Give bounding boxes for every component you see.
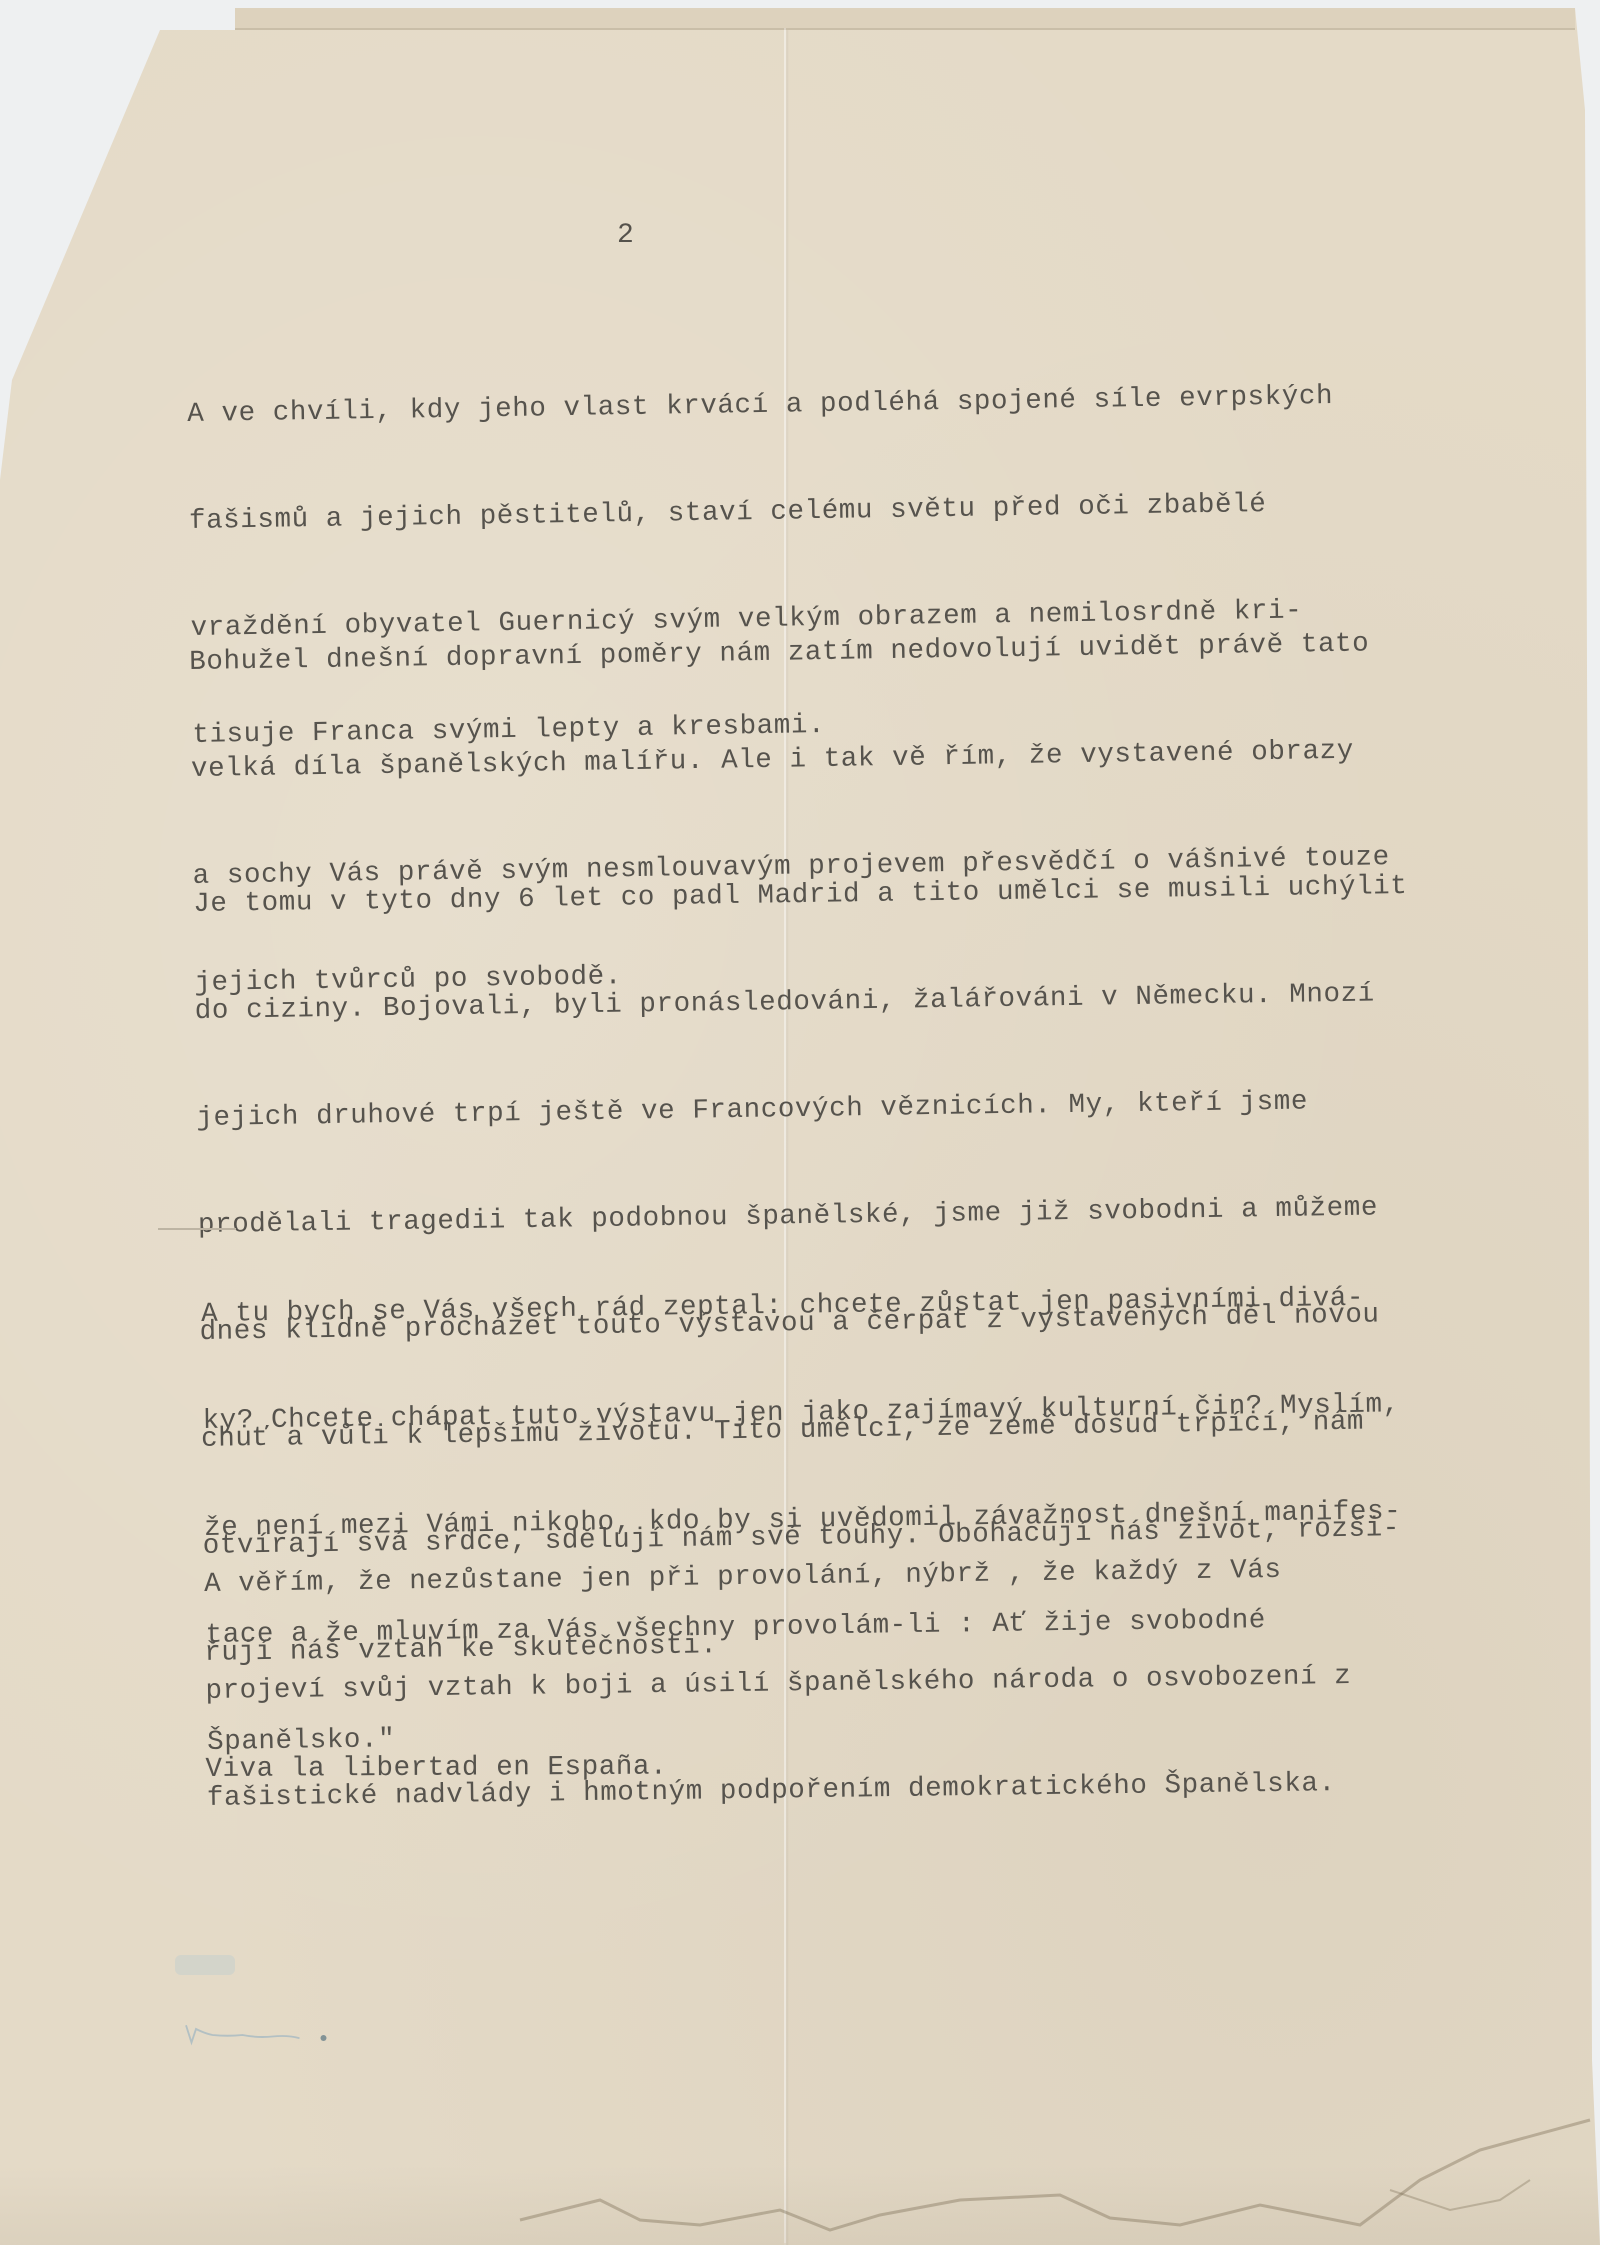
pencil-annotation-smudge <box>175 1955 235 1975</box>
closing-slogan: Viva la libertad en España. <box>205 1683 668 1854</box>
folded-top-flap <box>235 6 1575 30</box>
text-line: Viva la libertad en España. <box>205 1745 667 1792</box>
page-number: 2 <box>617 220 634 251</box>
text-line: ky? Chcete chápat tuto výstavu jen jako … <box>202 1382 1400 1444</box>
text-line: fašismů a jejich pěstitelů, staví celému… <box>189 481 1335 544</box>
text-line: do ciziny. Bojovali, byli pronásledováni… <box>195 971 1410 1034</box>
text-line: Bohužel dnešní dopravní poměry nám zatím… <box>189 621 1387 685</box>
bottom-shadow <box>0 2165 1600 2245</box>
text-line: Je tomu v tyto dny 6 let co padl Madrid … <box>193 864 1408 927</box>
text-line: velká díla španělských malířu. Ale i tak… <box>191 728 1389 792</box>
pencil-signature-scribble <box>165 2020 365 2050</box>
text-line: jejich druhové trpí ještě ve Francových … <box>196 1078 1411 1141</box>
text-line: A tu bych se Vás všech rád zeptal: chcet… <box>201 1275 1399 1337</box>
text-line: A věřím, že nezůstane jen při provolání,… <box>204 1547 1350 1607</box>
paper-sheet: 2 A ve chvíli, kdy jeho vlast krvácí a p… <box>0 0 1600 2245</box>
text-line: A ve chvíli, kdy jeho vlast krvácí a pod… <box>187 374 1333 437</box>
